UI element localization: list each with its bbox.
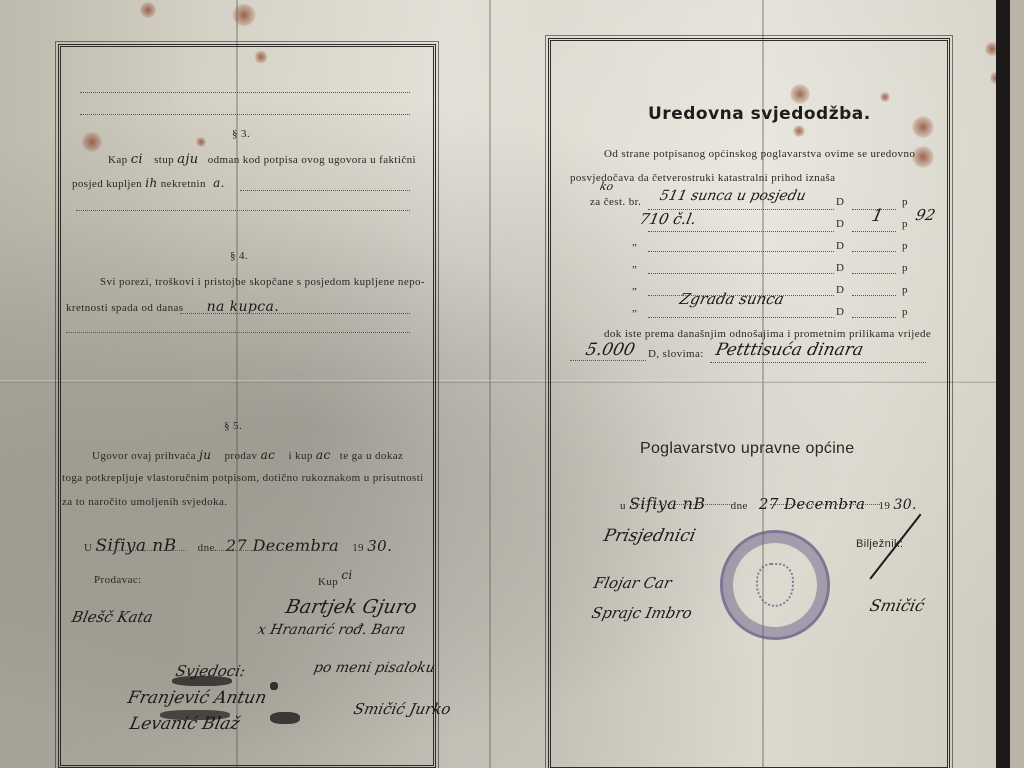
authority-heading: Poglavarstvo upravne općine bbox=[640, 440, 854, 458]
label: u bbox=[620, 500, 626, 512]
dinar-label: D bbox=[836, 240, 844, 252]
dotted-line bbox=[570, 360, 646, 361]
background-edge bbox=[996, 0, 1010, 768]
dotted-line bbox=[214, 550, 334, 551]
value-words-label: D, slovima: bbox=[648, 348, 704, 360]
board-members-label: Prisjednici bbox=[602, 526, 698, 546]
section-3-line-1: Kap ci stup aju odman kod potpisa ovog u… bbox=[108, 152, 416, 167]
section-4-line-1: Svi porezi, troškovi i pristojbe skopčan… bbox=[100, 276, 425, 288]
board-member-1-signature: Flojar Car bbox=[592, 574, 673, 592]
handwritten-entry: aju bbox=[177, 152, 198, 167]
label: kretnosti spada od danas bbox=[66, 302, 183, 314]
parcel-row-1-entry: 511 sunca u posjedu bbox=[658, 188, 807, 204]
value-amount: 5.000 bbox=[584, 340, 637, 360]
section-5-line-3: za to naročito umoljenih svjedoka. bbox=[62, 496, 227, 508]
official-seal bbox=[720, 530, 830, 640]
dotted-line bbox=[710, 362, 926, 363]
section-5-heading: § 5. bbox=[224, 420, 242, 432]
handwritten-entry: a. bbox=[213, 176, 225, 190]
witness-1-signature: Franjević Antun bbox=[126, 688, 269, 708]
label: Kap bbox=[108, 154, 128, 166]
label: i kup bbox=[288, 450, 312, 462]
seller-signature: Blešč Kata bbox=[70, 608, 155, 626]
handwritten-entry: ac bbox=[316, 448, 331, 462]
dinar-label: D bbox=[836, 262, 844, 274]
ditto-mark: „ bbox=[632, 302, 637, 314]
dotted-line bbox=[852, 231, 896, 232]
dotted-line bbox=[66, 332, 410, 333]
buyer-label: Kup ci bbox=[318, 574, 353, 588]
parcel-row-5-entry: Zgrada sunca bbox=[678, 290, 786, 308]
fold-line bbox=[489, 0, 491, 768]
dotted-line bbox=[648, 317, 834, 318]
buyer-signature-1: Bartjek Gjuro bbox=[284, 596, 419, 618]
dotted-line bbox=[632, 504, 732, 505]
section-5-line-1: Ugovor ovaj prihvaća ju prodav ac i kup … bbox=[92, 448, 403, 462]
label: nekretnin bbox=[161, 178, 206, 190]
dotted-line bbox=[648, 273, 834, 274]
dotted-line bbox=[80, 114, 410, 115]
handwritten-entry: ci bbox=[341, 568, 352, 582]
dinar-label: D bbox=[836, 218, 844, 230]
section-5-line-2: toga potkrepljuje vlastoručnim potpisom,… bbox=[62, 472, 424, 484]
section-3-heading: § 3. bbox=[232, 128, 250, 140]
para-value: 92 bbox=[914, 206, 937, 224]
label: dne bbox=[731, 500, 748, 512]
para-label: p bbox=[902, 240, 908, 252]
para-label: p bbox=[902, 218, 908, 230]
para-label: p bbox=[902, 306, 908, 318]
dotted-line bbox=[648, 251, 834, 252]
ink-blot bbox=[270, 682, 278, 690]
label: dne bbox=[198, 542, 215, 554]
handwritten-entry: ac bbox=[261, 448, 276, 462]
dotted-line bbox=[852, 317, 896, 318]
buyer-signature-2: x Hranarić rođ. Bara bbox=[256, 622, 406, 638]
handwritten-date: 27 Decembra bbox=[226, 536, 339, 555]
dinar-label: D bbox=[836, 196, 844, 208]
ditto-mark: „ bbox=[632, 280, 637, 292]
label: prodav bbox=[224, 450, 257, 462]
row-label: za čest. br. bbox=[590, 196, 641, 208]
dotted-line bbox=[80, 92, 410, 93]
crest-icon bbox=[756, 563, 794, 607]
label: odman kod potpisa ovog ugovora u faktičn… bbox=[208, 154, 416, 166]
ink-blot bbox=[160, 710, 230, 720]
label: 19 bbox=[352, 542, 364, 554]
place-date-line: U Sifiya nB dne 27 Decembra 19 30. bbox=[84, 536, 392, 556]
dinar-label: D bbox=[836, 306, 844, 318]
ditto-mark: „ bbox=[632, 258, 637, 270]
value-in-words: Petttisuća dinara bbox=[714, 340, 865, 360]
handwritten-entry: ih bbox=[145, 176, 157, 190]
handwritten-year: 30. bbox=[893, 497, 916, 513]
dotted-line bbox=[852, 251, 896, 252]
label: posjed kupljen bbox=[72, 178, 142, 190]
label: te ga u dokaz bbox=[340, 450, 404, 462]
intro-line-1: Od strane potpisanog općinskog poglavars… bbox=[604, 148, 915, 160]
seller-label: Prodavac: bbox=[94, 574, 142, 586]
label: stup bbox=[154, 154, 174, 166]
dotted-line bbox=[648, 231, 834, 232]
handwritten-entry: ci bbox=[131, 152, 143, 167]
handwritten-year: 30. bbox=[367, 537, 392, 555]
document-sheet: § 3. Kap ci stup aju odman kod potpisa o… bbox=[0, 0, 1010, 768]
dotted-line bbox=[852, 295, 896, 296]
dotted-line bbox=[852, 273, 896, 274]
stain bbox=[140, 2, 156, 18]
dotted-line bbox=[76, 210, 410, 211]
ditto-mark: „ bbox=[632, 236, 637, 248]
handwritten-entry: ko bbox=[599, 180, 615, 193]
dotted-line bbox=[770, 504, 880, 505]
dotted-line bbox=[180, 313, 410, 314]
para-label: p bbox=[902, 262, 908, 274]
dotted-line bbox=[648, 295, 834, 296]
ink-blot bbox=[172, 676, 232, 686]
notary-signature: Smičić bbox=[868, 596, 926, 615]
para-label: p bbox=[902, 196, 908, 208]
section-4-heading: § 4. bbox=[230, 250, 248, 262]
label: Kup bbox=[318, 576, 338, 588]
label: 19 bbox=[878, 500, 890, 512]
label: Ugovor ovaj prihvaća bbox=[92, 450, 196, 462]
board-member-2-signature: Sprajc Imbro bbox=[590, 604, 694, 622]
dotted-line bbox=[96, 550, 186, 551]
parcel-row-2-entry: 710 č.l. bbox=[638, 210, 698, 228]
on-behalf-text: po meni pisaloku bbox=[312, 660, 436, 676]
handwritten-entry: ju bbox=[199, 448, 211, 462]
handwritten-place: Sifiya nB bbox=[96, 536, 177, 556]
section-3-line-2: posjed kupljen ih nekretnin a. bbox=[72, 176, 225, 190]
para-label: p bbox=[902, 284, 908, 296]
certificate-title: Uredovna svjedodžba. bbox=[648, 104, 871, 124]
label: U bbox=[84, 542, 92, 554]
dotted-line bbox=[240, 190, 410, 191]
value-statement: dok iste prema današnjim odnošajima i pr… bbox=[604, 328, 931, 340]
dinar-label: D bbox=[836, 284, 844, 296]
on-behalf-signature: Smičić Jurko bbox=[352, 700, 452, 718]
ink-blot bbox=[270, 712, 300, 724]
